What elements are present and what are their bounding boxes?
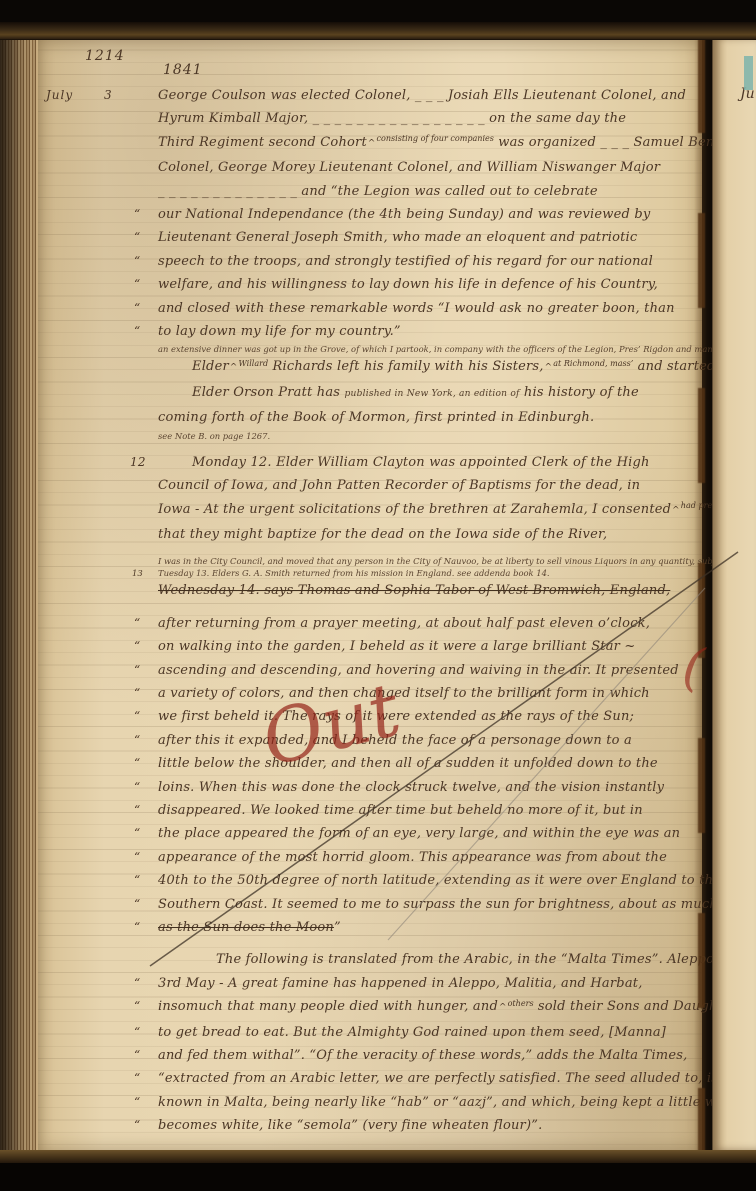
margin-mark: “	[134, 612, 156, 635]
photo-border-top	[0, 0, 756, 24]
line-text: Lieutenant General Joseph Smith, who mad…	[158, 230, 637, 245]
margin-mark: “	[134, 869, 156, 892]
photo-border-bottom	[0, 1163, 756, 1191]
line-text: to lay down my life for my country.”	[158, 324, 401, 339]
margin-mark: “	[134, 635, 156, 658]
margin-mark: “	[134, 1044, 156, 1067]
line-text: published in New York, an	[345, 389, 471, 399]
interlinear-insertion: Willard	[239, 359, 269, 368]
manuscript-line: “Southern Coast. It seemed to me to surp…	[158, 893, 696, 916]
manuscript-photo: 1214 1841 July 3George Coulson was elect…	[0, 0, 756, 1191]
manuscript-line: Elder^Willard Richards left his family w…	[158, 355, 696, 380]
manuscript-line: “and closed with these remarkable words …	[158, 297, 696, 320]
line-text: welfare, and his willingness to lay down…	[158, 277, 658, 292]
line-text: I was in the City Council, and moved tha…	[158, 556, 756, 566]
margin-mark: “	[134, 1091, 156, 1114]
manuscript-line: Wednesday 14. says Thomas and Sophia Tab…	[158, 579, 696, 602]
margin-mark: “	[134, 226, 156, 249]
line-text: “extracted from an Arabic letter, we are…	[158, 1071, 718, 1086]
line-text: a variety of colors, and then changed it…	[158, 686, 650, 701]
caret-mark: ^	[499, 1003, 507, 1013]
manuscript-line: 12Monday 12. Elder William Clayton was a…	[158, 451, 696, 474]
margin-mark: “	[134, 776, 156, 799]
manuscript-line: Colonel, George Morey Lieutenant Colonel…	[158, 156, 696, 179]
manuscript-line: I was in the City Council, and moved tha…	[158, 555, 696, 567]
line-text: edition of	[471, 389, 520, 399]
manuscript-line: an extensive dinner was got up in the Gr…	[158, 343, 696, 355]
bookmark-ribbon	[744, 56, 753, 90]
margin-mark: 12	[96, 451, 136, 474]
manuscript-line: “insomuch that many people died with hun…	[158, 995, 696, 1020]
line-text: as the Sun does the Moon	[158, 920, 334, 935]
manuscript-line: “40th to the 50th degree of north latitu…	[158, 869, 696, 892]
margin-mark: “	[134, 705, 156, 728]
manuscript-page: 1214 1841 July 3George Coulson was elect…	[38, 38, 702, 1158]
margin-mark: “	[134, 893, 156, 916]
caret-mark: ^	[230, 363, 238, 373]
manuscript-line: “welfare, and his willingness to lay dow…	[158, 273, 696, 296]
line-text: Monday 12. Elder William Clayton was app…	[192, 455, 650, 470]
line-text: our National Independance (the 4th being…	[158, 207, 650, 222]
line-text: little below the shoulder, and then all …	[158, 756, 658, 771]
manuscript-line: ““extracted from an Arabic letter, we ar…	[158, 1067, 696, 1090]
manuscript-line: “and fed them withal”. “Of the veracity …	[158, 1044, 696, 1067]
line-text: his history of the	[520, 385, 639, 400]
manuscript-line: “3rd May - A great famine has happened i…	[158, 972, 696, 995]
line-text: insomuch that many people died with hung…	[158, 999, 498, 1014]
manuscript-line: Iowa - At the urgent solicitations of th…	[158, 498, 696, 523]
line-text: becomes white, like “semola” (very fine …	[158, 1118, 542, 1133]
margin-mark: “	[134, 1067, 156, 1090]
manuscript-line: “the place appeared the form of an eye, …	[158, 822, 696, 845]
manuscript-line: July 3George Coulson was elected Colonel…	[158, 84, 696, 107]
caret-mark: ^	[368, 139, 376, 149]
line-text: _ _ _ _ _ _ _ _ _ _ _ _ _ and “the Legio…	[158, 184, 598, 199]
line-text: known in Malta, being nearly like “hab” …	[158, 1095, 746, 1110]
line-text: Hyrum Kimball Major, _ _ _ _ _ _ _ _ _ _…	[158, 111, 626, 126]
margin-mark: “	[134, 203, 156, 226]
line-text: Council of Iowa, and John Patten Recorde…	[158, 478, 640, 493]
manuscript-line: “to lay down my life for my country.”	[158, 320, 696, 343]
line-text: that they might baptize for the dead on …	[158, 527, 607, 542]
manuscript-line: “little below the shoulder, and then all…	[158, 752, 696, 775]
line-text: disappeared. We looked time after time b…	[158, 803, 643, 818]
line-text: The following is translated from the Ara…	[216, 952, 718, 967]
margin-mark: “	[134, 972, 156, 995]
manuscript-line: “after this it expanded, and I beheld th…	[158, 729, 696, 752]
line-text: Colonel, George Morey Lieutenant Colonel…	[158, 160, 660, 175]
caret-mark: ^	[545, 363, 553, 373]
line-text: the place appeared the form of an eye, v…	[158, 826, 680, 841]
next-page-sliver: Ju	[712, 38, 756, 1150]
manuscript-line: “appearance of the most horrid gloom. Th…	[158, 846, 696, 869]
margin-mark: “	[134, 273, 156, 296]
manuscript-line: “known in Malta, being nearly like “hab”…	[158, 1091, 696, 1114]
book-top-edge	[0, 22, 756, 40]
line-text: and fed them withal”. “Of the veracity o…	[158, 1048, 687, 1063]
margin-mark: “	[134, 659, 156, 682]
manuscript-line: coming forth of the Book of Mormon, firs…	[158, 406, 696, 429]
line-text: speech to the troops, and strongly testi…	[158, 254, 653, 269]
manuscript-line: “after returning from a prayer meeting, …	[158, 612, 696, 635]
line-text: Third Regiment second Cohort	[158, 135, 367, 150]
manuscript-line: “loins. When this was done the clock str…	[158, 776, 696, 799]
line-text: ascending and descending, and hovering a…	[158, 663, 679, 678]
year-heading: 1841	[163, 62, 203, 78]
line-text: 3rd May - A great famine has happened in…	[158, 976, 643, 991]
line-text: appearance of the most horrid gloom. Thi…	[158, 850, 667, 865]
margin-mark: 13	[132, 567, 172, 579]
manuscript-line: 13Tuesday 13. Elders G. A. Smith returne…	[158, 567, 696, 579]
manuscript-line: “our National Independance (the 4th bein…	[158, 203, 696, 226]
margin-mark: “	[134, 297, 156, 320]
margin-mark: “	[134, 320, 156, 343]
line-text: ”	[334, 920, 341, 935]
line-text: see Note B. on page 1267.	[158, 431, 270, 441]
manuscript-line: Third Regiment second Cohort^consisting …	[158, 131, 696, 156]
margin-mark: “	[134, 799, 156, 822]
manuscript-line: Hyrum Kimball Major, _ _ _ _ _ _ _ _ _ _…	[158, 107, 696, 130]
manuscript-line: “on walking into the garden, I beheld as…	[158, 635, 696, 658]
margin-mark: “	[134, 682, 156, 705]
manuscript-line: “speech to the troops, and strongly test…	[158, 250, 696, 273]
line-text: on walking into the garden, I beheld as …	[158, 639, 636, 654]
line-text: Tuesday 13. Elders G. A. Smith returned …	[158, 568, 550, 578]
margin-mark: “	[134, 752, 156, 775]
line-text: Richards left his family with his Sister…	[268, 359, 543, 374]
manuscript-line: “becomes white, like “semola” (very fine…	[158, 1114, 696, 1137]
line-text: after returning from a prayer meeting, a…	[158, 616, 650, 631]
margin-mark: “	[134, 1021, 156, 1044]
line-text: Iowa - At the urgent solicitations of th…	[158, 502, 671, 517]
margin-mark: “	[134, 1114, 156, 1137]
line-text: and closed with these remarkable words “…	[158, 301, 675, 316]
margin-mark: July 3	[46, 84, 158, 107]
margin-mark: “	[134, 822, 156, 845]
manuscript-line: “ascending and descending, and hovering …	[158, 659, 696, 682]
manuscript-line: “as the Sun does the Moon”	[158, 916, 696, 939]
line-text: George Coulson was elected Colonel, _ _ …	[158, 88, 686, 103]
manuscript-line: “to get bread to eat. But the Almighty G…	[158, 1021, 696, 1044]
line-text: Wednesday 14. says Thomas and Sophia Tab…	[158, 583, 670, 598]
manuscript-line: see Note B. on page 1267.	[158, 430, 696, 442]
caret-mark: ^	[672, 506, 680, 516]
line-text: loins. When this was done the clock stru…	[158, 780, 664, 795]
interlinear-insertion: consisting of four companies	[377, 134, 494, 143]
manuscript-text-block: July 3George Coulson was elected Colonel…	[158, 84, 696, 1191]
interlinear-insertion: at Richmond, mass’	[553, 359, 633, 368]
line-text: an extensive dinner was got up in the Gr…	[158, 344, 756, 354]
book-page-edges-left	[0, 24, 38, 1156]
margin-mark: “	[134, 916, 156, 939]
manuscript-line: that they might baptize for the dead on …	[158, 523, 696, 546]
margin-mark: “	[134, 846, 156, 869]
manuscript-line: Elder Orson Pratt has published in New Y…	[158, 381, 696, 406]
manuscript-line: “a variety of colors, and then changed i…	[158, 682, 696, 705]
line-text: to get bread to eat. But the Almighty Go…	[158, 1025, 666, 1040]
line-text: Elder	[192, 359, 229, 374]
manuscript-line: _ _ _ _ _ _ _ _ _ _ _ _ _ and “the Legio…	[158, 180, 696, 203]
margin-mark: “	[134, 995, 156, 1018]
line-text: Southern Coast. It seemed to me to surpa…	[158, 897, 718, 912]
line-text: coming forth of the Book of Mormon, firs…	[158, 410, 594, 425]
manuscript-line: The following is translated from the Ara…	[158, 948, 696, 971]
line-text: Elder Orson Pratt has	[192, 385, 345, 400]
manuscript-line: “disappeared. We looked time after time …	[158, 799, 696, 822]
line-text: 40th to the 50th degree of north latitud…	[158, 873, 721, 888]
interlinear-insertion: others	[508, 999, 534, 1008]
page-number: 1214	[85, 48, 125, 64]
manuscript-line: Council of Iowa, and John Patten Recorde…	[158, 474, 696, 497]
binding-crease	[694, 38, 713, 1158]
margin-mark: “	[134, 250, 156, 273]
manuscript-line: “we first beheld it. The rays of it were…	[158, 705, 696, 728]
manuscript-line: “Lieutenant General Joseph Smith, who ma…	[158, 226, 696, 249]
margin-mark: “	[134, 729, 156, 752]
